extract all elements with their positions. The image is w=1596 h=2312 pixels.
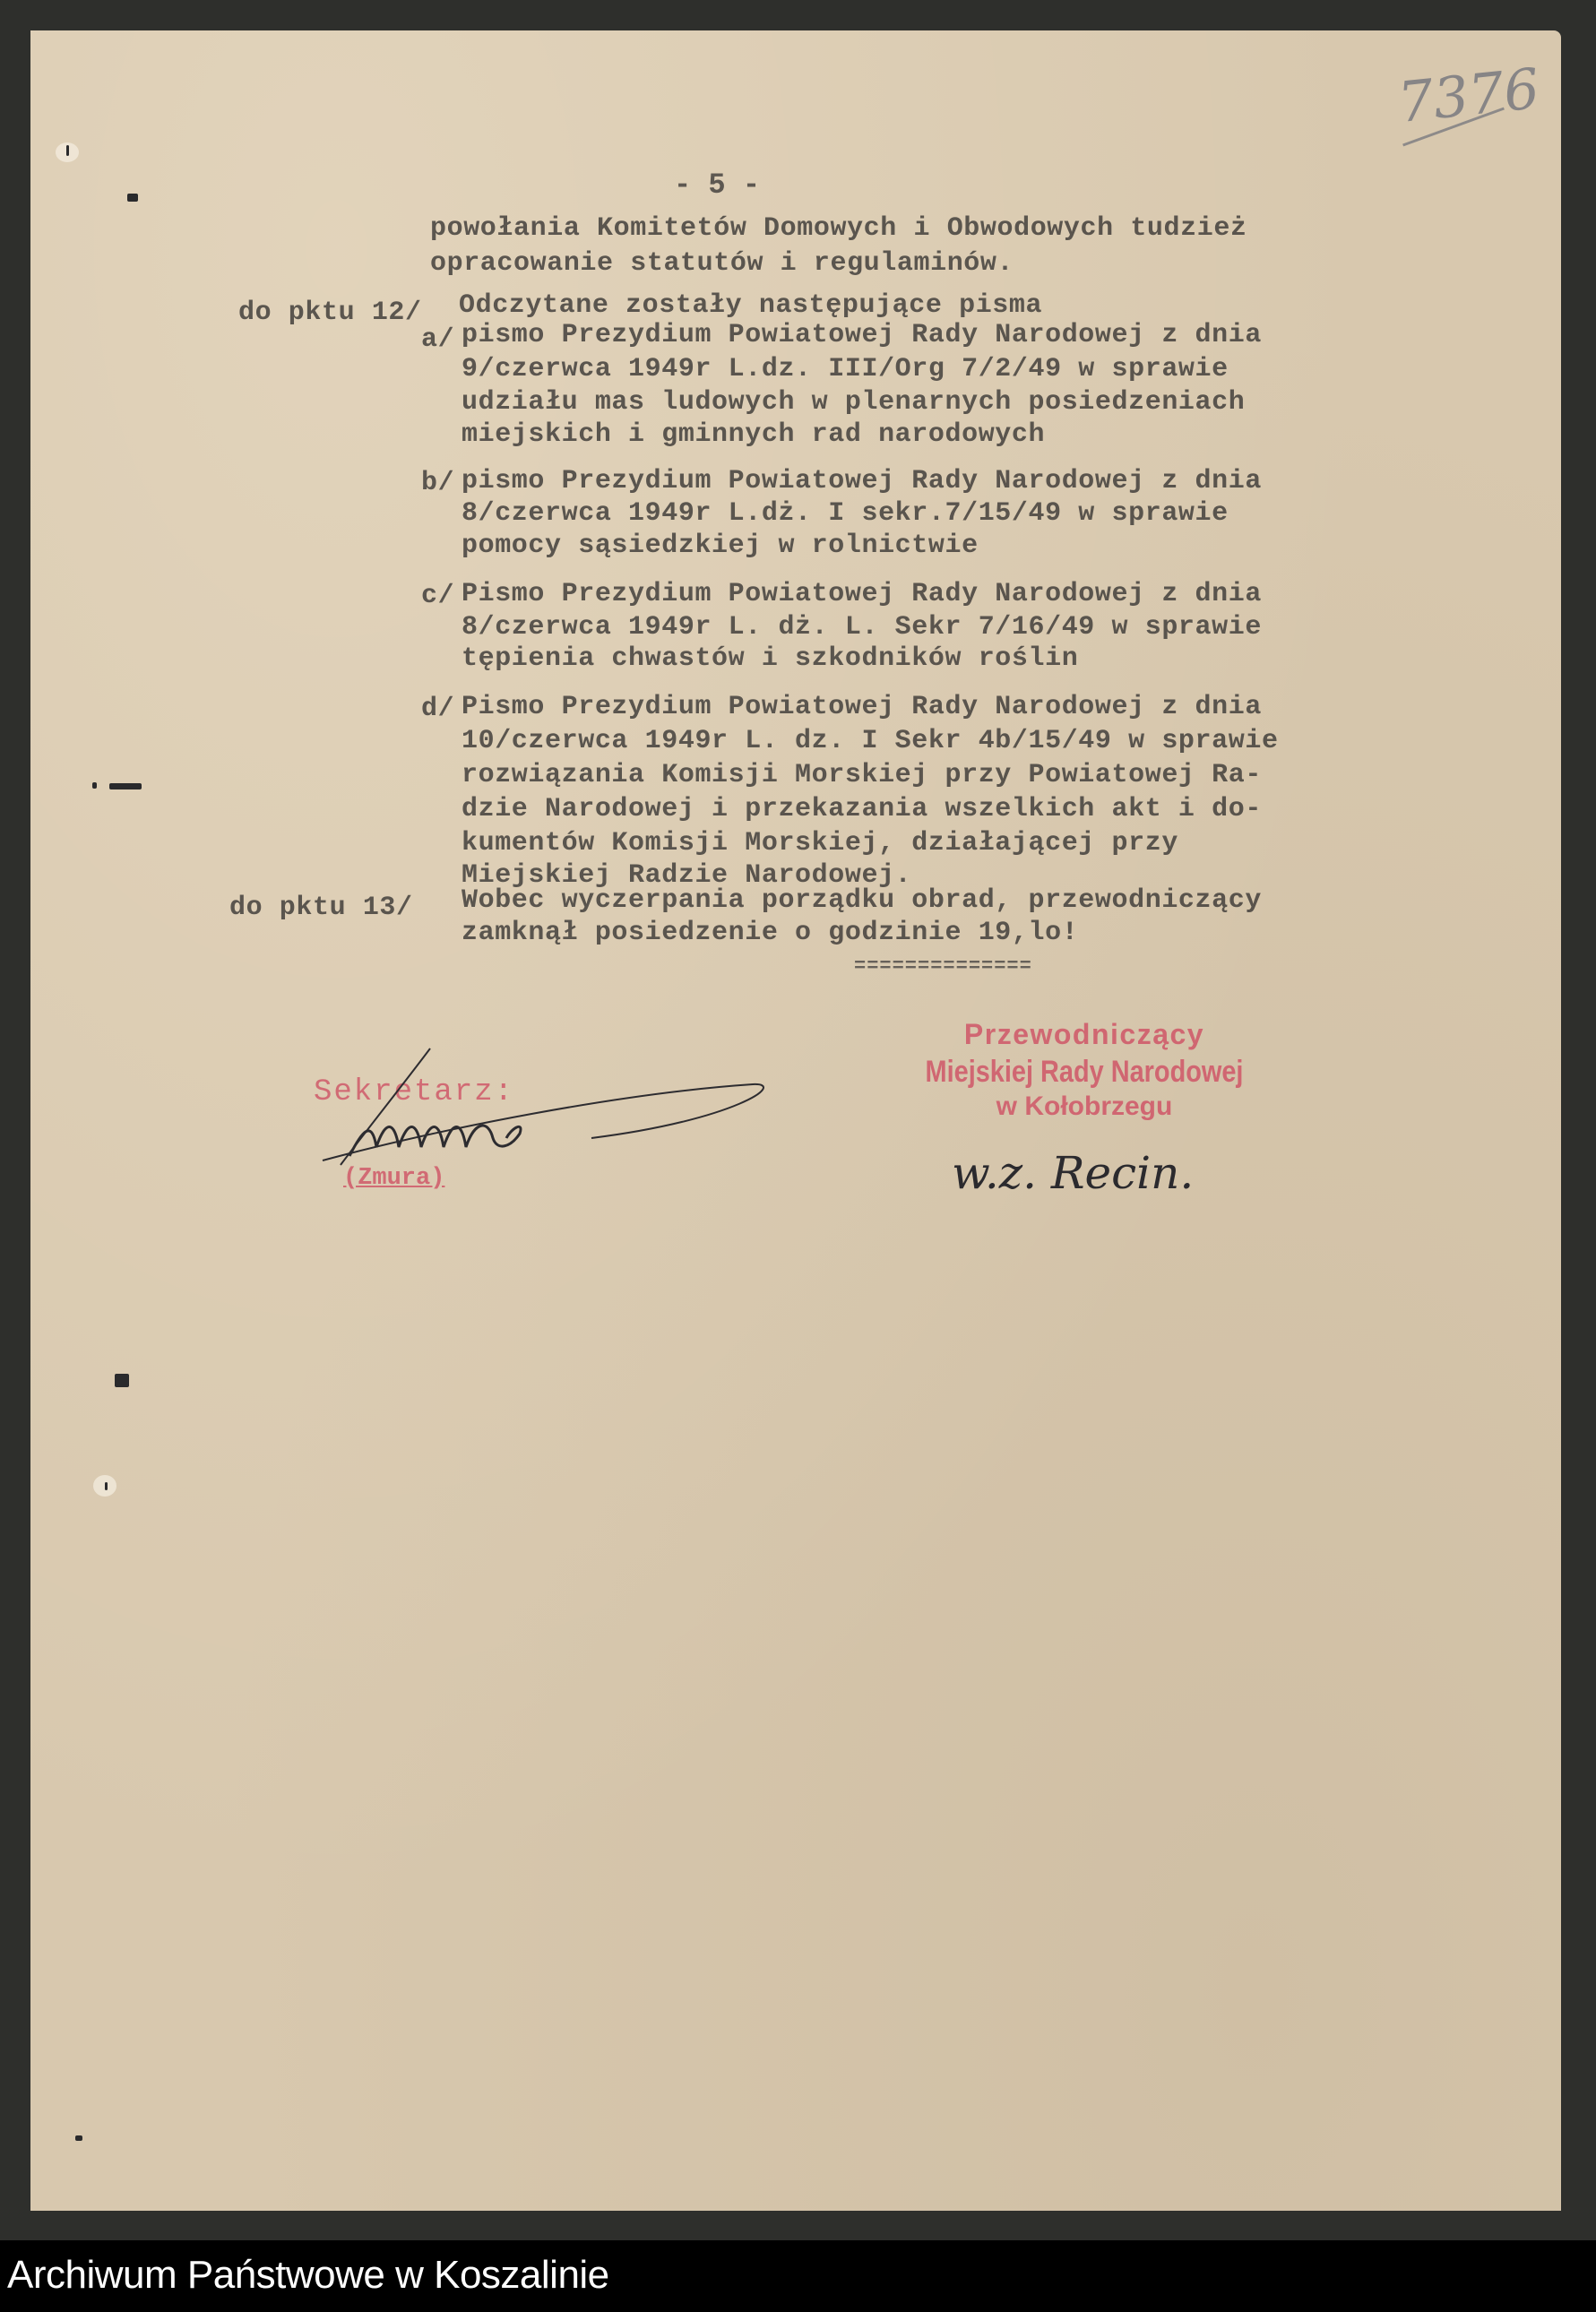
punch-hole (109, 783, 142, 789)
letter-b-line: pismo Prezydium Powiatowej Rady Narodowe… (462, 464, 1262, 499)
chairman-stamp-council: Miejskiej Rady Narodowej (925, 1055, 1245, 1090)
archive-name: Archiwum Państwowe w Koszalinie (7, 2253, 609, 2298)
letter-c-marker: c/ (421, 579, 454, 614)
punch-hole (127, 194, 138, 202)
item-13-label: do pktu 13/ (229, 891, 413, 926)
letter-d-line: 10/czerwca 1949r L. dz. I Sekr 4b/15/49 … (462, 724, 1279, 759)
letter-a-marker: a/ (421, 323, 454, 358)
secretary-name-stamp: (Zmura) (343, 1165, 444, 1192)
letter-b-line: 8/czerwca 1949r L.dż. I sekr.7/15/49 w s… (462, 496, 1229, 531)
item-13-line: Wobec wyczerpania porządku obrad, przewo… (462, 884, 1262, 919)
punch-hole (115, 1374, 129, 1387)
section-divider: ============== (854, 955, 1032, 978)
letter-b-marker: b/ (421, 466, 454, 501)
letter-c-line: Pismo Prezydium Powiatowej Rady Narodowe… (462, 577, 1262, 612)
intro-line: opracowanie statutów i regulaminów. (430, 246, 1014, 281)
punch-hole (92, 782, 97, 789)
letter-a-line: udziału mas ludowych w plenarnych posied… (462, 385, 1245, 420)
chairman-stamp-city: w Kołobrzegu (896, 1091, 1272, 1122)
punch-hole (66, 145, 69, 156)
letter-c-line: tępienia chwastów i szkodników roślin (462, 642, 1078, 677)
chairman-signature: w.z. Recin. (952, 1147, 1194, 1199)
letter-d-line: kumentów Komisji Morskiej, działającej p… (462, 826, 1178, 861)
letter-a-line: 9/czerwca 1949r L.dz. III/Org 7/2/49 w s… (462, 352, 1229, 387)
letter-d-line: Pismo Prezydium Powiatowej Rady Narodowe… (462, 690, 1262, 725)
letter-d-line: rozwiązania Komisji Morskiej przy Powiat… (462, 758, 1262, 793)
letter-d-line: dzie Narodowej i przekazania wszelkich a… (462, 792, 1262, 827)
punch-hole (75, 2135, 82, 2141)
punch-hole (105, 1482, 108, 1490)
letter-a-line: miejskich i gminnych rad narodowych (462, 418, 1045, 453)
intro-line: powołania Komitetów Domowych i Obwodowyc… (430, 211, 1247, 246)
secretary-signature-icon (305, 1022, 771, 1183)
letter-c-line: 8/czerwca 1949r L. dż. L. Sekr 7/16/49 w… (462, 610, 1262, 645)
letter-a-line: pismo Prezydium Powiatowej Rady Narodowe… (462, 318, 1262, 353)
item-13-line: zamknął posiedzenie o godzinie 19,lo! (462, 916, 1078, 951)
chairman-stamp-title: Przewodniczący (896, 1018, 1272, 1051)
chairman-stamp: Przewodniczący Miejskiej Rady Narodowej … (896, 1018, 1272, 1122)
letter-b-line: pomocy sąsiedzkiej w rolnictwie (462, 529, 979, 564)
page-number: - 5 - (674, 168, 760, 202)
archive-footer-bar: Archiwum Państwowe w Koszalinie (0, 2240, 1596, 2312)
letter-d-marker: d/ (421, 692, 454, 727)
item-12-label: do pktu 12/ (238, 296, 422, 331)
